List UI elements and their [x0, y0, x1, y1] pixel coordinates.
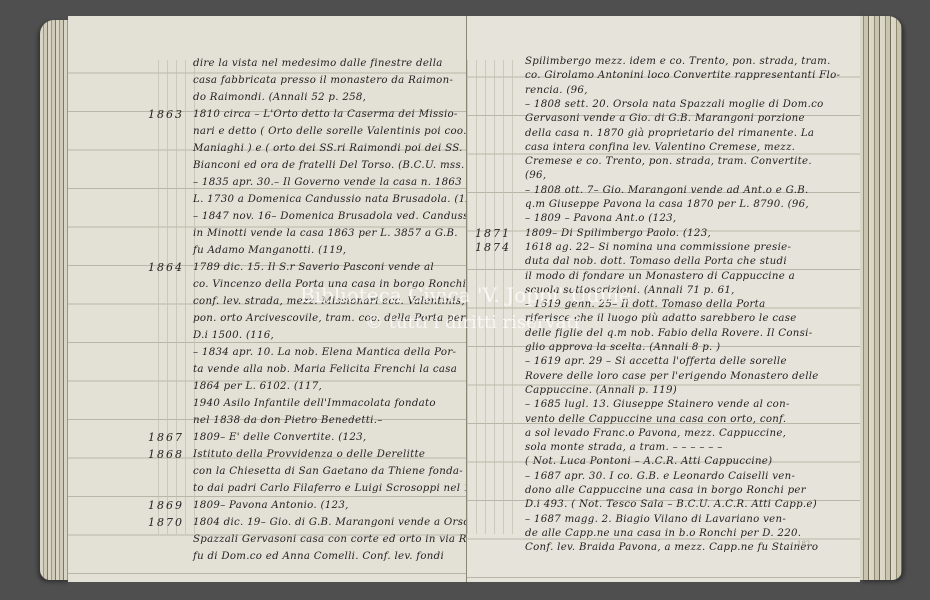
handwritten-line: dire la vista nel medesimo dalle finestr… — [193, 58, 443, 69]
year-column-grid — [467, 60, 517, 534]
handwritten-line: – 1847 nov. 16– Domenica Brusadola ved. … — [193, 211, 467, 222]
handwritten-line: delle figlie del q.m nob. Fabio della Ro… — [525, 328, 812, 339]
handwritten-line: – 1834 apr. 10. La nob. Elena Mantica de… — [193, 347, 456, 358]
page-number: 182 — [797, 540, 810, 548]
handwritten-line: rencia. (96, — [525, 85, 588, 96]
handwritten-line: sola monte strada, a tram. – – – – – – — [525, 442, 723, 453]
handwritten-line: 1809– Pavona Antonio. (123, — [193, 500, 349, 511]
left-page: dire la vista nel medesimo dalle finestr… — [68, 16, 467, 582]
handwritten-line: fu di Dom.co ed Anna Comelli. Conf. lev.… — [193, 551, 444, 562]
handwritten-line: Rovere delle loro case per l'erigendo Mo… — [525, 371, 819, 382]
handwritten-line: della casa n. 1870 già proprietario del … — [525, 128, 814, 139]
handwritten-line: scuola sottoscrizioni. (Annali 71 p. 61, — [525, 285, 735, 296]
handwritten-line: 1940 Asilo Infantile dell'Immacolata fon… — [193, 398, 436, 409]
handwritten-line: 1810 circa – L'Orto detto la Caserma dei… — [193, 109, 458, 120]
handwritten-line: Spilimbergo mezz. idem e co. Trento, pon… — [525, 56, 831, 67]
book-left-page-edges — [40, 20, 70, 580]
handwritten-line: casa fabbricata presso il monastero da R… — [193, 75, 453, 86]
handwritten-line: 1809– Di Spilimbergo Paolo. (123, — [525, 228, 711, 239]
right-page: Spilimbergo mezz. idem e co. Trento, pon… — [467, 16, 860, 582]
handwritten-line: co. Vincenzo della Porta una casa in bor… — [193, 279, 467, 290]
handwritten-line: – 1619 genn. 25– Il dott. Tomaso della P… — [525, 299, 765, 310]
handwritten-line: Maniaghi ) e ( orto dei SS.ri Raimondi p… — [193, 143, 463, 154]
handwritten-line: dono alle Cappuccine una casa in borgo R… — [525, 485, 806, 496]
handwritten-line: il modo di fondare un Monastero di Cappu… — [525, 271, 795, 282]
handwritten-line: Bianconi ed ora de fratelli Del Torso. (… — [193, 160, 467, 171]
handwritten-line: ( Not. Luca Pontoni – A.C.R. Atti Cappuc… — [525, 456, 772, 467]
handwritten-line: D.i 1500. (116, — [193, 330, 274, 341]
handwritten-line: – 1619 apr. 29 – Si accetta l'offerta de… — [525, 356, 787, 367]
handwritten-line: riferisce che il luogo più adatto sarebb… — [525, 313, 797, 324]
handwritten-line: L. 1730 a Domenica Candussio nata Brusad… — [193, 194, 467, 205]
handwritten-line: 1809– E' delle Convertite. (123, — [193, 432, 366, 443]
handwritten-line: pon. orto Arcivescovile, tram. coo. dell… — [193, 313, 465, 324]
open-ledger-book: dire la vista nel medesimo dalle finestr… — [40, 14, 902, 586]
entry-year: 1864 — [148, 261, 184, 274]
handwritten-line: conf. lev. strada, mezz. Missionari ecc.… — [193, 296, 465, 307]
handwritten-line: casa intera confina lev. Valentino Creme… — [525, 142, 795, 153]
handwritten-line: fu Adamo Manganotti. (119, — [193, 245, 346, 256]
handwritten-line: D.i 493. ( Not. Tesco Sala – B.C.U. A.C.… — [525, 499, 817, 510]
handwritten-line: 1864 per L. 6102. (117, — [193, 381, 322, 392]
handwritten-line: Gervasoni vende a Gio. di G.B. Marangoni… — [525, 113, 805, 124]
handwritten-line: con la Chiesetta di San Gaetano da Thien… — [193, 466, 463, 477]
entry-year: 1870 — [148, 516, 184, 529]
entry-year: 1871 — [475, 227, 511, 240]
handwritten-line: duta dal nob. dott. Tomaso della Porta c… — [525, 256, 787, 267]
handwritten-line: nel 1838 da don Pietro Benedetti.– — [193, 415, 383, 426]
handwritten-line: – 1687 magg. 2. Biagio Vilano di Lavaria… — [525, 514, 786, 525]
handwritten-line: Istituto della Provvidenza o delle Derel… — [193, 449, 425, 460]
handwritten-line: vento delle Cappuccine una casa con orto… — [525, 414, 786, 425]
year-column-grid — [158, 60, 196, 534]
handwritten-line: Conf. lev. Braida Pavona, a mezz. Capp.n… — [525, 542, 818, 553]
handwritten-line: – 1687 apr. 30. I co. G.B. e Leonardo Ca… — [525, 471, 795, 482]
handwritten-line: – 1809 – Pavona Ant.o (123, — [525, 213, 676, 224]
handwritten-line: de alle Capp.ne una casa in b.o Ronchi p… — [525, 528, 801, 539]
handwritten-line: to dai padri Carlo Filaferro e Luigi Scr… — [193, 483, 467, 494]
handwritten-line: ta vende alla nob. Maria Felicita French… — [193, 364, 457, 375]
handwritten-line: Cremese e co. Trento, pon. strada, tram.… — [525, 156, 812, 167]
handwritten-line: in Minotti vende la casa 1863 per L. 385… — [193, 228, 458, 239]
handwritten-line: – 1685 lugl. 13. Giuseppe Stainero vende… — [525, 399, 790, 410]
handwritten-line: q.m Giuseppe Pavona la casa 1870 per L. … — [525, 199, 809, 210]
handwritten-line: co. Girolamo Antonini loco Convertite ra… — [525, 70, 840, 81]
entry-year: 1868 — [148, 448, 184, 461]
handwritten-line: 1789 dic. 15. Il S.r Saverio Pasconi ven… — [193, 262, 434, 273]
handwritten-line: – 1835 apr. 30.– Il Governo vende la cas… — [193, 177, 467, 188]
handwritten-line: do Raimondi. (Annali 52 p. 258, — [193, 92, 366, 103]
entry-year: 1867 — [148, 431, 184, 444]
entry-year: 1874 — [475, 241, 511, 254]
book-right-page-edges — [860, 16, 902, 580]
handwritten-line: – 1808 ott. 7– Gio. Marangoni vende ad A… — [525, 185, 809, 196]
entry-year: 1869 — [148, 499, 184, 512]
handwritten-line: Spazzali Gervasoni casa con corte ed ort… — [193, 534, 467, 545]
handwritten-line: a sol levado Franc.o Pavona, mezz. Cappu… — [525, 428, 786, 439]
handwritten-line: – 1808 sett. 20. Orsola nata Spazzali mo… — [525, 99, 824, 110]
handwritten-line: nari e detto ( Orto delle sorelle Valent… — [193, 126, 467, 137]
handwritten-line: (96, — [525, 170, 546, 181]
handwritten-line: 1804 dic. 19– Gio. di G.B. Marangoni ven… — [193, 517, 467, 528]
entry-year: 1863 — [148, 108, 184, 121]
handwritten-line: Cappuccine. (Annali p. 119) — [525, 385, 677, 396]
handwritten-line: glio approva la scelta. (Annali 8 p. ) — [525, 342, 720, 353]
handwritten-line: 1618 ag. 22– Si nomina una commissione p… — [525, 242, 791, 253]
